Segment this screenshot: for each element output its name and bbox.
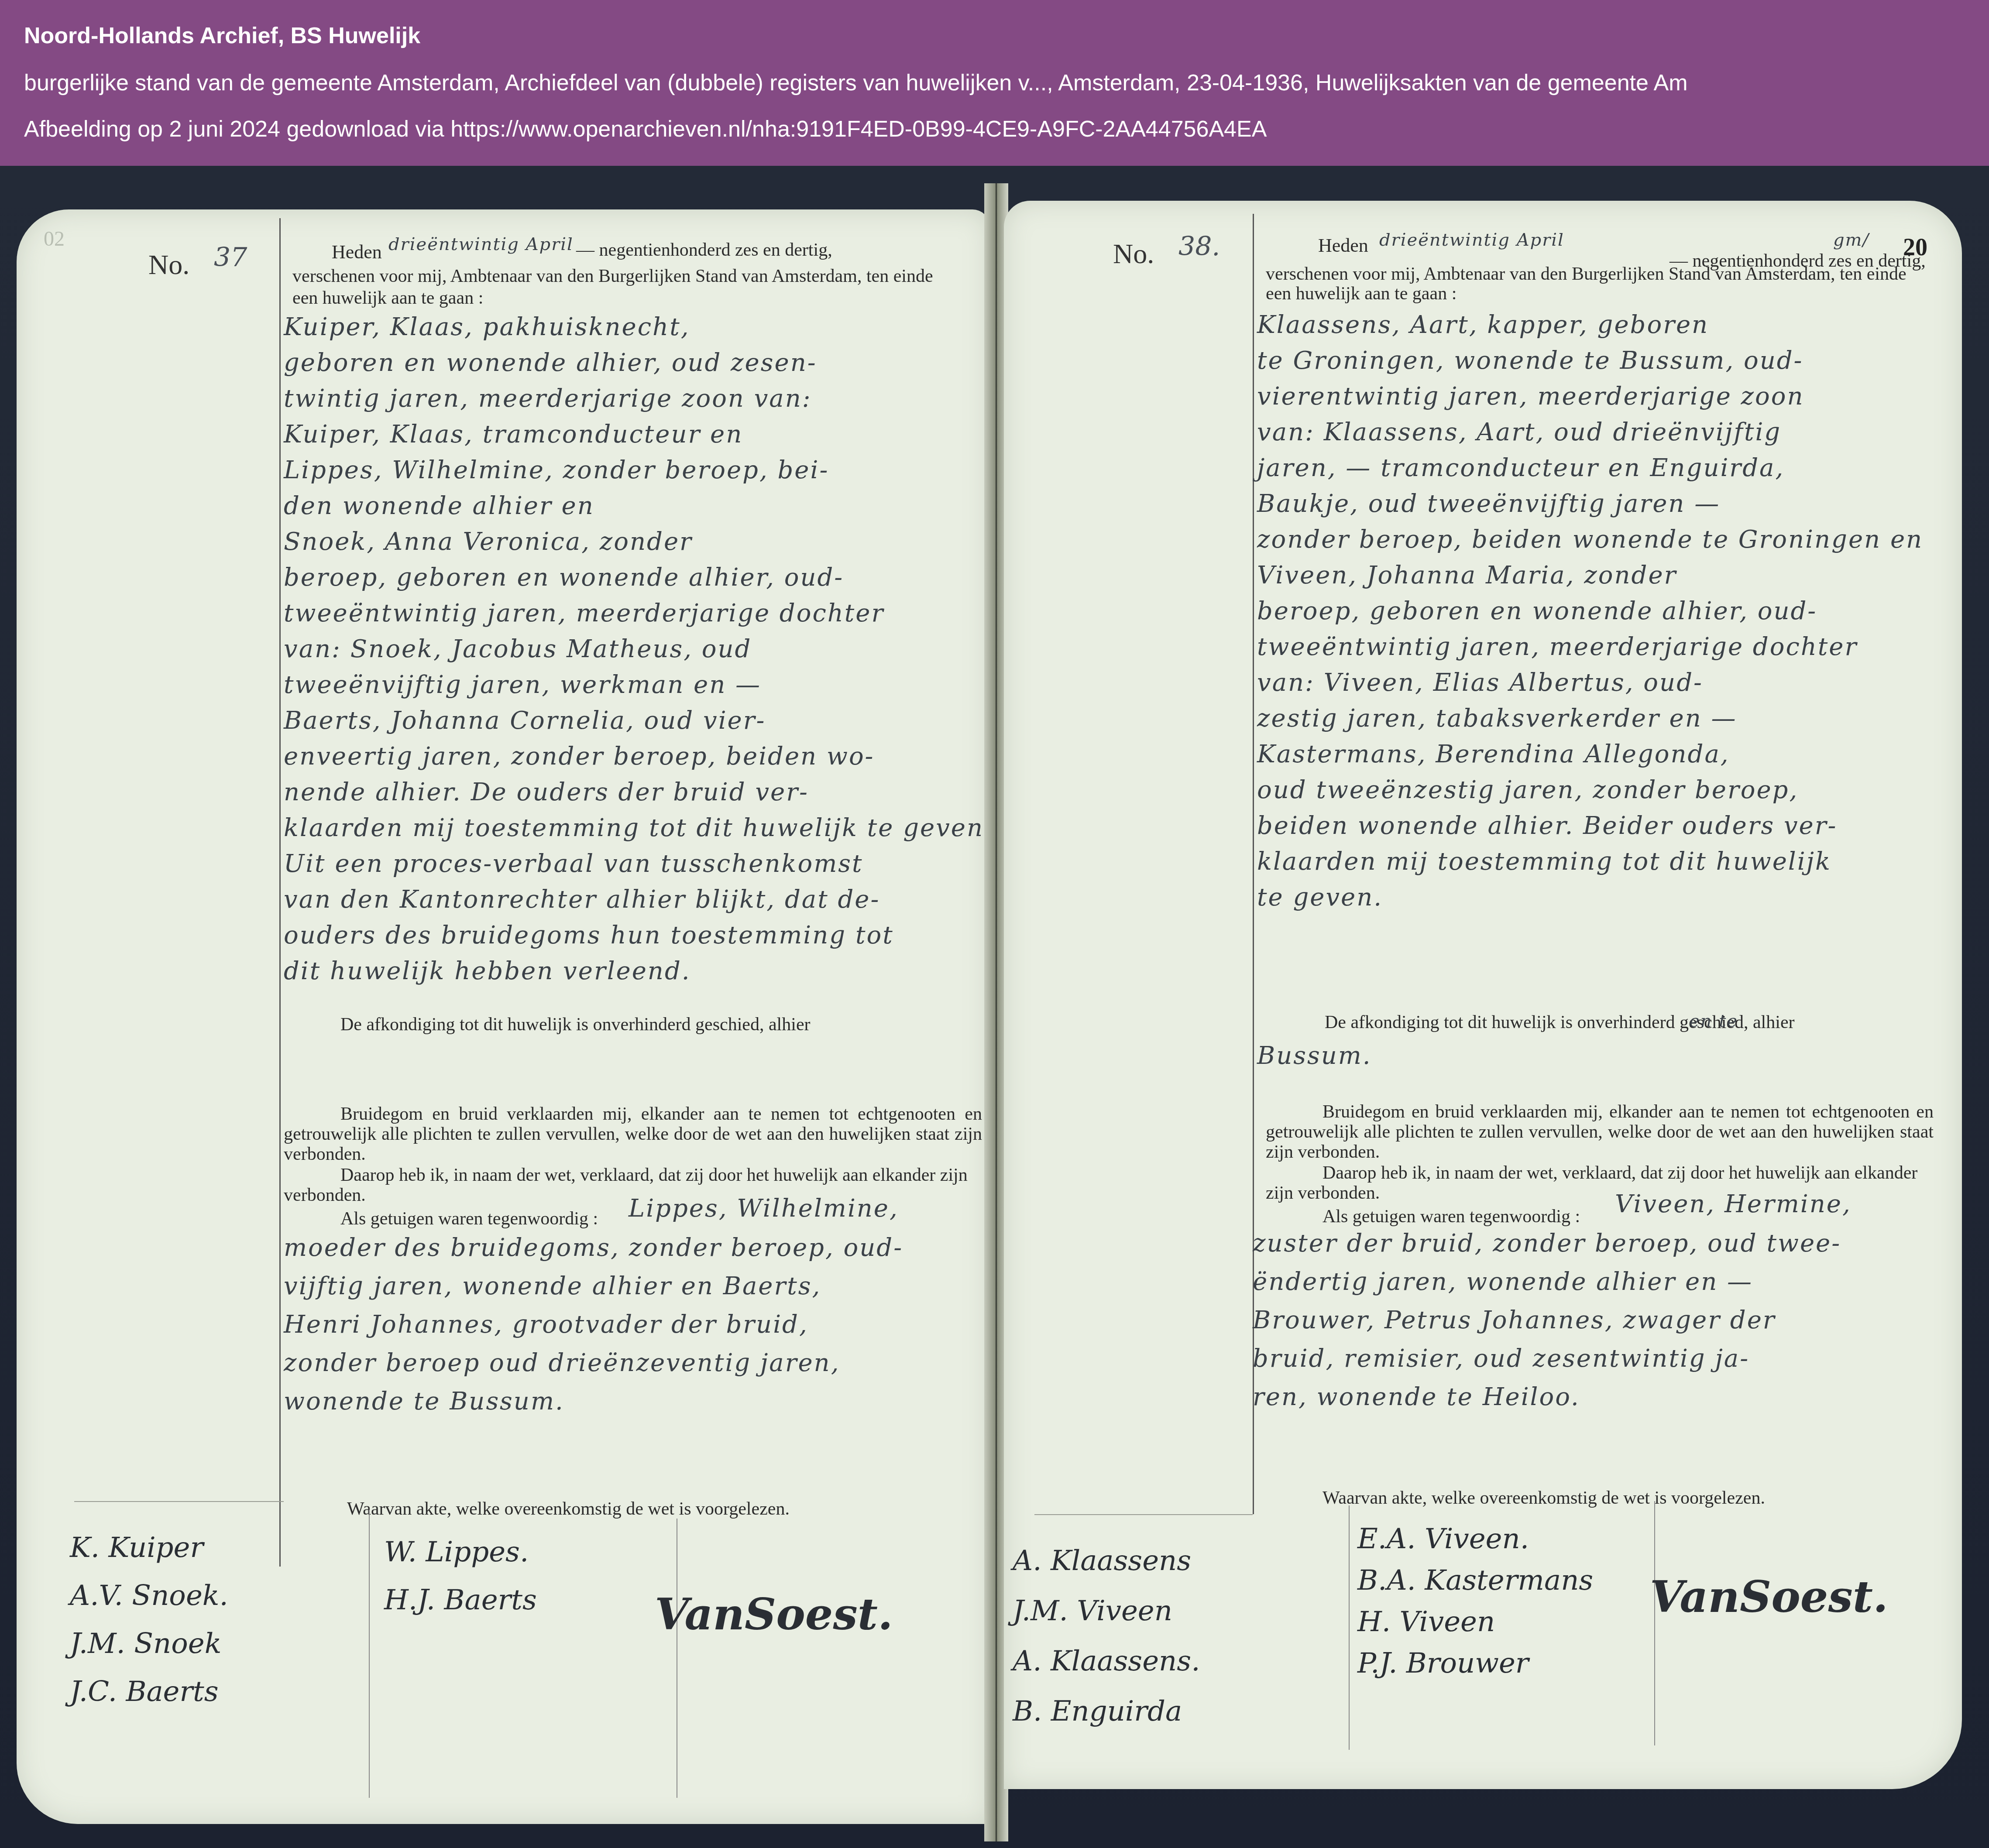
afkondiging-hand-2: Bussum.: [1257, 1034, 1372, 1078]
waarvan-text: Waarvan akte, welke overeenkomstig de we…: [347, 1499, 790, 1519]
signature: J.C. Baerts: [70, 1676, 219, 1708]
waarvan-text: Waarvan akte, welke overeenkomstig de we…: [1323, 1488, 1765, 1508]
witness-line: Brouwer, Petrus Johannes, zwager der: [1253, 1299, 1776, 1342]
record-number: 38.: [1178, 231, 1220, 262]
signature: K. Kuiper: [70, 1532, 203, 1564]
signature: E.A. Viveen.: [1357, 1523, 1529, 1555]
intro-line-2: verschenen voor mij, Ambtenaar van den B…: [292, 266, 933, 286]
official-signature: VanSoest.: [655, 1588, 893, 1640]
witness-line: moeder des bruidegoms, zonder beroep, ou…: [284, 1226, 903, 1270]
intro-line-1: — negentienhonderd zes en dertig,: [576, 240, 832, 260]
date-handwritten: drieëntwintig April: [1379, 218, 1564, 262]
official-signature: VanSoest.: [1650, 1571, 1888, 1622]
rule-line: [1034, 1514, 1253, 1515]
signature-divider: [1349, 1505, 1350, 1750]
handwritten-line: dit huwelijk hebben verleend.: [284, 950, 691, 993]
archive-header-banner: Noord-Hollands Archief, BS Huwelijk burg…: [0, 0, 1989, 166]
intro-line-2: verschenen voor mij, Ambtenaar van den B…: [1266, 264, 1907, 284]
signature: A.V. Snoek.: [70, 1580, 228, 1612]
signature: B. Enguirda: [1013, 1695, 1182, 1728]
afkondiging-hand: en te: [1689, 999, 1738, 1043]
witness-line: ren, wonende te Heiloo.: [1253, 1375, 1580, 1419]
archive-title: Noord-Hollands Archief, BS Huwelijk: [24, 23, 420, 49]
signature: A. Klaassens: [1013, 1545, 1191, 1577]
signature-divider: [677, 1519, 677, 1798]
signature: J.M. Snoek: [70, 1628, 222, 1660]
afkondiging-text: De afkondiging tot dit huwelijk is onver…: [340, 1015, 811, 1035]
witness-line: Henri Johannes, grootvader der bruid,: [284, 1303, 808, 1347]
date-handwritten: drieëntwintig April: [388, 223, 574, 266]
heden-label: Heden: [1318, 236, 1368, 256]
heden-label: Heden: [332, 242, 382, 262]
signature: P.J. Brouwer: [1357, 1647, 1529, 1680]
intro-line-3: een huwelijk aan te gaan :: [1266, 284, 1457, 304]
signature-divider: [369, 1510, 370, 1798]
record-description: burgerlijke stand van de gemeente Amster…: [24, 70, 1688, 96]
signature: A. Klaassens.: [1013, 1645, 1200, 1677]
signature: B.A. Kastermans: [1357, 1564, 1593, 1597]
margin-line: [279, 218, 281, 1567]
witness-line: bruid, remisier, oud zesentwintig ja-: [1253, 1337, 1749, 1381]
signature: H. Viveen: [1357, 1606, 1495, 1638]
bruidegom-text: Bruidegom en bruid verklaarden mij, elka…: [284, 1104, 982, 1164]
record-number: 37: [214, 242, 247, 273]
download-note: Afbeelding op 2 juni 2024 gedownload via…: [24, 116, 1267, 142]
ghost-page-number: 02: [44, 227, 65, 251]
getuigen-first: Viveen, Hermine,: [1615, 1183, 1852, 1226]
witness-line: zuster der bruid, zonder beroep, oud twe…: [1253, 1222, 1841, 1265]
witness-line: zonder beroep oud drieënzeventig jaren,: [284, 1341, 840, 1385]
handwritten-line: te geven.: [1257, 876, 1383, 919]
signature-divider: [1654, 1501, 1655, 1745]
getuigen-first: Lippes, Wilhelmine,: [629, 1187, 899, 1231]
record-no-label: No.: [148, 249, 189, 281]
rule-line: [74, 1501, 284, 1502]
signature: H.J. Baerts: [384, 1584, 537, 1616]
signature: J.M. Viveen: [1013, 1595, 1172, 1627]
witness-line: vijftig jaren, wonende alhier en Baerts,: [284, 1265, 821, 1308]
bruidegom-text: Bruidegom en bruid verklaarden mij, elka…: [1266, 1102, 1934, 1162]
signature: W. Lippes.: [384, 1536, 529, 1568]
record-no-label: No.: [1113, 238, 1154, 270]
witness-line: ëndertig jaren, wonende alhier en —: [1253, 1260, 1753, 1304]
witness-line: wonende te Bussum.: [284, 1380, 564, 1423]
